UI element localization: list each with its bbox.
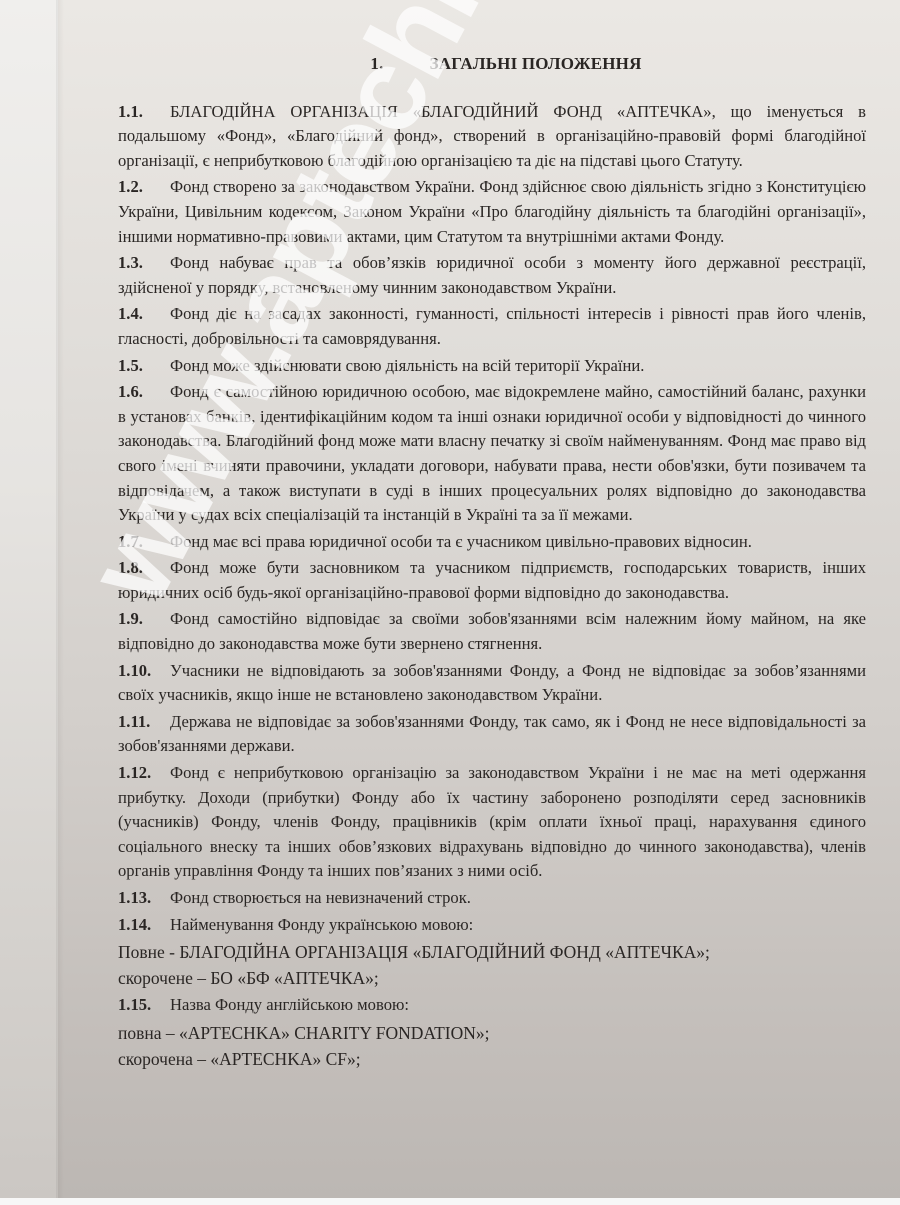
paragraph-number: 1.7. bbox=[118, 530, 170, 555]
name-ua-full: Повне - БЛАГОДІЙНА ОРГАНІЗАЦІЯ «БЛАГОДІЙ… bbox=[118, 939, 866, 965]
paragraph: 1.9.Фонд самостійно відповідає за своїми… bbox=[118, 607, 866, 656]
paragraph: 1.2.Фонд створено за законодавством Укра… bbox=[118, 175, 866, 249]
paragraph-number: 1.13. bbox=[118, 886, 170, 911]
paragraph-number: 1.5. bbox=[118, 354, 170, 379]
paragraph-text: Фонд є самостійною юридичною особою, має… bbox=[118, 382, 866, 524]
paragraph: 1.13.Фонд створюється на невизначений ст… bbox=[118, 886, 866, 911]
name-en-full: повна – «APTECHKA» CHARITY FONDATION»; bbox=[118, 1020, 866, 1046]
paragraph: 1.1.БЛАГОДІЙНА ОРГАНІЗАЦІЯ «БЛАГОДІЙНИЙ … bbox=[118, 100, 866, 174]
paragraph: 1.11.Держава не відповідає за зобов'язан… bbox=[118, 710, 866, 759]
paragraph-number: 1.6. bbox=[118, 380, 170, 405]
paragraph-1-15: 1.15.Назва Фонду англійською мовою: bbox=[118, 993, 866, 1018]
paragraph-text: Фонд створено за законодавством України.… bbox=[118, 177, 866, 245]
fold-shadow bbox=[56, 0, 64, 1198]
paragraph: 1.7.Фонд має всі права юридичної особи т… bbox=[118, 530, 866, 555]
paragraph-text: Фонд може здійснювати свою діяльність на… bbox=[170, 356, 644, 375]
paragraph: 1.5.Фонд може здійснювати свою діяльніст… bbox=[118, 354, 866, 379]
paragraph-text: БЛАГОДІЙНА ОРГАНІЗАЦІЯ «БЛАГОДІЙНИЙ ФОНД… bbox=[118, 102, 866, 170]
paragraph-text: Фонд може бути засновником та учасником … bbox=[118, 558, 866, 602]
paragraph-text: Фонд самостійно відповідає за своїми зоб… bbox=[118, 609, 866, 653]
paragraph: 1.4.Фонд діє на засадах законності, гума… bbox=[118, 302, 866, 351]
paragraph: 1.10.Учасники не відповідають за зобов'я… bbox=[118, 659, 866, 708]
paragraph-number: 1.14. bbox=[118, 913, 170, 938]
bottom-margin bbox=[0, 1198, 900, 1205]
paragraph-text: Фонд є неприбутковою організацію за зако… bbox=[118, 763, 866, 880]
section-title: ЗАГАЛЬНІ ПОЛОЖЕННЯ bbox=[430, 54, 642, 73]
section-number: 1. bbox=[370, 52, 383, 77]
paragraph-number: 1.10. bbox=[118, 659, 170, 684]
document-photo: 1.ЗАГАЛЬНІ ПОЛОЖЕННЯ 1.1.БЛАГОДІЙНА ОРГА… bbox=[0, 0, 900, 1198]
paragraph: 1.6.Фонд є самостійною юридичною особою,… bbox=[118, 380, 866, 528]
paragraph-number: 1.1. bbox=[118, 100, 170, 125]
paragraph-list: 1.1.БЛАГОДІЙНА ОРГАНІЗАЦІЯ «БЛАГОДІЙНИЙ … bbox=[118, 100, 866, 938]
paragraph-text: Фонд набуває прав та обов’язків юридично… bbox=[118, 253, 866, 297]
paragraph-number: 1.3. bbox=[118, 251, 170, 276]
paragraph: 1.12.Фонд є неприбутковою організацію за… bbox=[118, 761, 866, 884]
paragraph-number: 1.12. bbox=[118, 761, 170, 786]
paragraph-number: 1.8. bbox=[118, 556, 170, 581]
paragraph-text: Фонд створюється на невизначений строк. bbox=[170, 888, 471, 907]
paragraph: 1.14.Найменування Фонду українською мово… bbox=[118, 913, 866, 938]
paragraph-number: 1.11. bbox=[118, 710, 170, 735]
name-en-short: скорочена – «APTECHKA» CF»; bbox=[118, 1046, 866, 1072]
paragraph: 1.3.Фонд набуває прав та обов’язків юрид… bbox=[118, 251, 866, 300]
name-ua-short: скорочене – БО «БФ «АПТЕЧКА»; bbox=[118, 965, 866, 991]
document-body: 1.ЗАГАЛЬНІ ПОЛОЖЕННЯ 1.1.БЛАГОДІЙНА ОРГА… bbox=[118, 52, 866, 1072]
paragraph-number: 1.4. bbox=[118, 302, 170, 327]
paragraph-text: Найменування Фонду українською мовою: bbox=[170, 915, 473, 934]
paragraph-text: Фонд має всі права юридичної особи та є … bbox=[170, 532, 752, 551]
section-heading: 1.ЗАГАЛЬНІ ПОЛОЖЕННЯ bbox=[118, 52, 866, 77]
paragraph-number: 1.15. bbox=[118, 993, 170, 1018]
paragraph-number: 1.9. bbox=[118, 607, 170, 632]
paragraph-text: Назва Фонду англійською мовою: bbox=[170, 995, 409, 1014]
paragraph-text: Фонд діє на засадах законності, гуманнос… bbox=[118, 304, 866, 348]
paragraph-text: Учасники не відповідають за зобов'язання… bbox=[118, 661, 866, 705]
paragraph-number: 1.2. bbox=[118, 175, 170, 200]
paragraph-text: Держава не відповідає за зобов'язаннями … bbox=[118, 712, 866, 756]
paragraph: 1.8.Фонд може бути засновником та учасни… bbox=[118, 556, 866, 605]
page-fold-edge bbox=[0, 0, 58, 1198]
